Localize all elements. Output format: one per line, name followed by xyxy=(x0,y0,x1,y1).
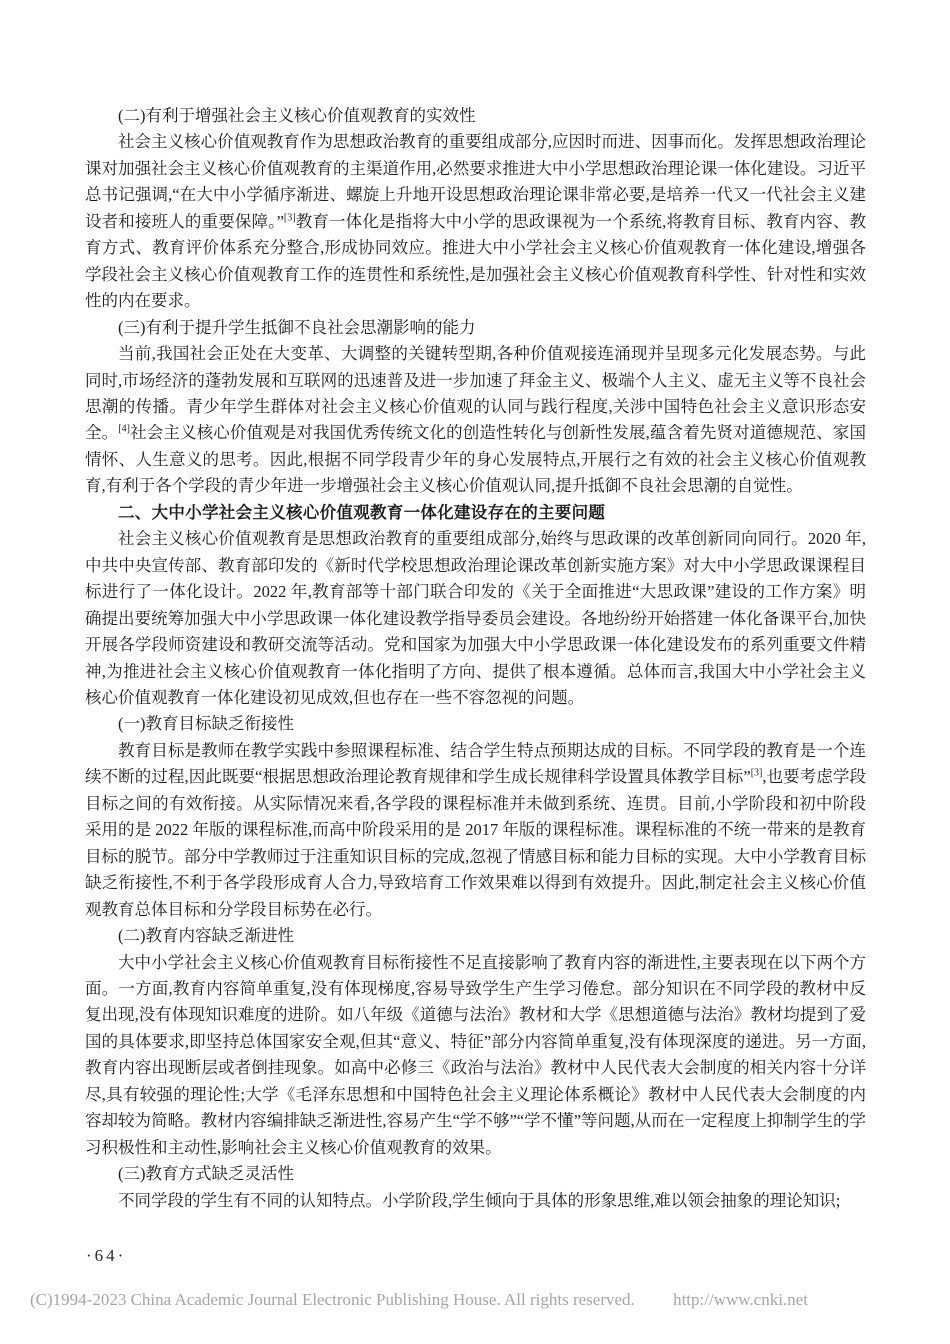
citation-ref: [4] xyxy=(118,424,130,435)
document-page: (二)有利于增强社会主义核心价值观教育的实效性社会主义核心价值观教育作为思想政治… xyxy=(0,0,950,1344)
footer-copyright: (C)1994-2023 China Academic Journal Elec… xyxy=(30,1290,635,1309)
paragraph: 当前,我国社会正处在大变革、大调整的关键转型期,各种价值观接连涌现并呈现多元化发… xyxy=(85,341,866,500)
subsection-heading: (三)有利于提升学生抵御不良社会思潮影响的能力 xyxy=(85,315,866,341)
subsection-heading: (三)教育方式缺乏灵活性 xyxy=(85,1161,866,1187)
citation-ref: [3] xyxy=(751,768,763,779)
subsection-heading: (二)教育内容缺乏渐进性 xyxy=(85,923,866,949)
page-number: ·64· xyxy=(86,1246,126,1266)
paragraph: 社会主义核心价值观教育是思想政治教育的重要组成部分,始终与思政课的改革创新同向同… xyxy=(85,526,866,711)
subsection-heading: (一)教育目标缺乏衔接性 xyxy=(85,711,866,737)
citation-ref: [3] xyxy=(284,212,296,223)
section-heading: 二、大中小学社会主义核心价值观教育一体化建设存在的主要问题 xyxy=(85,500,866,526)
paragraph: 社会主义核心价值观教育作为思想政治教育的重要组成部分,应因时而进、因事而化。发挥… xyxy=(85,129,866,314)
subsection-heading: (二)有利于增强社会主义核心价值观教育的实效性 xyxy=(85,103,866,129)
footer-url: http://www.cnki.net xyxy=(673,1290,808,1309)
paragraph: 不同学段的学生有不同的认知特点。小学阶段,学生倾向于具体的形象思维,难以领会抽象… xyxy=(85,1188,866,1214)
article-body: (二)有利于增强社会主义核心价值观教育的实效性社会主义核心价值观教育作为思想政治… xyxy=(85,103,866,1214)
paragraph: 教育目标是教师在教学实践中参照课程标准、结合学生特点预期达成的目标。不同学段的教… xyxy=(85,738,866,923)
footer: (C)1994-2023 China Academic Journal Elec… xyxy=(30,1290,930,1310)
paragraph: 大中小学社会主义核心价值观教育目标衔接性不足直接影响了教育内容的渐进性,主要表现… xyxy=(85,950,866,1162)
